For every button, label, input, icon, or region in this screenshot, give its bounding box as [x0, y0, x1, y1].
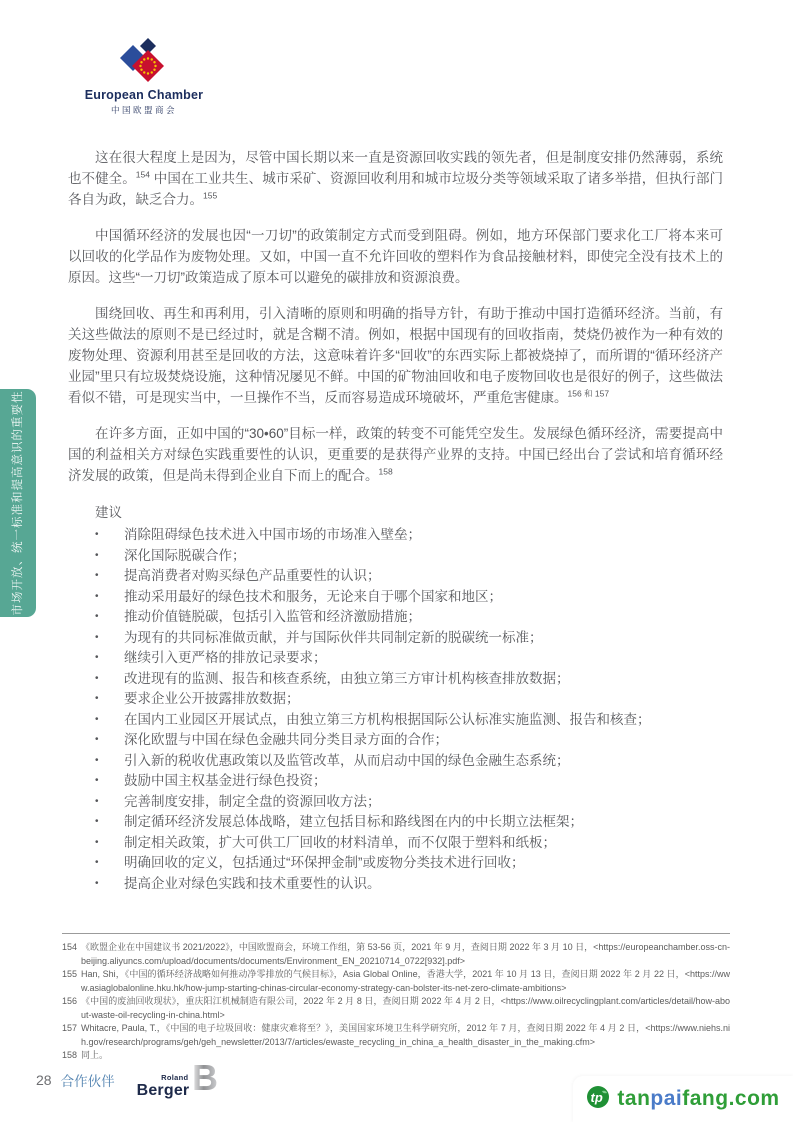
- logo-subtitle: 中国欧盟商会: [84, 104, 204, 116]
- recommendations-section: 建议 •消除阻碍绿色技术进入中国市场的市场准入壁垒；•深化国际脱碳合作；•提高消…: [95, 501, 723, 894]
- recommendations-heading: 建议: [95, 501, 723, 521]
- recommendation-text: 完善制度安排，制定全盘的资源回收方法；: [124, 792, 381, 813]
- paragraph: 中国循环经济的发展也因“一刀切”的政策制定方式而受到阻碍。例如，地方环保部门要求…: [68, 225, 723, 288]
- bullet-icon: •: [95, 874, 124, 895]
- recommendation-text: 引入新的税收优惠政策以及监管改革，从而启动中国的绿色金融生态系统；: [124, 751, 570, 772]
- bullet-icon: •: [95, 525, 124, 546]
- recommendation-item: •明确回收的定义，包括通过“环保押金制”或废物分类技术进行回收；: [95, 853, 723, 874]
- bullet-icon: •: [95, 648, 124, 669]
- footnote-ref: 158: [379, 467, 393, 477]
- recommendation-item: •制定循环经济发展总体战略，建立包括目标和路线图在内的中长期立法框架；: [95, 812, 723, 833]
- recommendation-item: •要求企业公开披露排放数据；: [95, 689, 723, 710]
- recommendation-text: 深化国际脱碳合作；: [124, 546, 246, 567]
- tanpaifang-icon: tp: [586, 1085, 610, 1114]
- footnote-text: 《中国的废油回收现状》，重庆阳江机械制造有限公司，2022 年 2 月 8 日，…: [81, 995, 730, 1022]
- page-number: 28: [36, 1072, 52, 1088]
- footnote-divider: [62, 933, 730, 934]
- recommendation-text: 推动采用最好的绿色技术和服务，无论来自于哪个国家和地区；: [124, 587, 502, 608]
- recommendation-item: •为现有的共同标准做贡献，并与国际伙伴共同制定新的脱碳统一标准；: [95, 628, 723, 649]
- bullet-icon: •: [95, 792, 124, 813]
- tanpaifang-text-part: pai: [650, 1087, 682, 1110]
- bullet-icon: •: [95, 853, 124, 874]
- footnote-number: 155: [62, 968, 81, 995]
- bullet-icon: •: [95, 812, 124, 833]
- european-chamber-logo: European Chamber 中国欧盟商会: [84, 36, 204, 116]
- svg-text:B: B: [193, 1062, 218, 1094]
- paragraph: 围绕回收、再生和再利用，引入清晰的原则和明确的指导方针，有助于推动中国打造循环经…: [68, 303, 723, 408]
- recommendation-item: •推动价值链脱碳，包括引入监管和经济激励措施；: [95, 607, 723, 628]
- recommendation-item: •鼓励中国主权基金进行绿色投资；: [95, 771, 723, 792]
- bullet-icon: •: [95, 730, 124, 751]
- recommendation-text: 为现有的共同标准做贡献，并与国际伙伴共同制定新的脱碳统一标准；: [124, 628, 543, 649]
- tanpaifang-text-part: fang.com: [682, 1087, 779, 1110]
- paragraph: 这在很大程度上是因为，尽管中国长期以来一直是资源回收实践的领先者，但是制度安排仍…: [68, 147, 723, 210]
- recommendation-item: •引入新的税收优惠政策以及监管改革，从而启动中国的绿色金融生态系统；: [95, 751, 723, 772]
- bullet-icon: •: [95, 669, 124, 690]
- recommendation-item: •在国内工业园区开展试点，由独立第三方机构根据国际公认标准实施监测、报告和核查；: [95, 710, 723, 731]
- bullet-icon: •: [95, 566, 124, 587]
- bullet-icon: •: [95, 628, 124, 649]
- footnote: 154《欧盟企业在中国建议书 2021/2022》，中国欧盟商会，环境工作组，第…: [62, 941, 730, 968]
- section-label: 合作伙伴: [61, 1070, 115, 1090]
- footnote-ref: 155: [203, 191, 217, 201]
- svg-text:tp: tp: [591, 1090, 603, 1105]
- bullet-icon: •: [95, 546, 124, 567]
- european-chamber-logo-icon: [84, 36, 204, 86]
- footnote: 155Han, Shi，《中国的循环经济战略如何推动净零排放的气候目标》，Asi…: [62, 968, 730, 995]
- recommendation-text: 推动价值链脱碳，包括引入监管和经济激励措施；: [124, 607, 421, 628]
- recommendation-text: 改进现有的监测、报告和核查系统，由独立第三方审计机构核查排放数据；: [124, 669, 570, 690]
- footnote-text: Han, Shi，《中国的循环经济战略如何推动净零排放的气候目标》，Asia G…: [81, 968, 730, 995]
- paragraph: 在许多方面，正如中国的“30•60”目标一样，政策的转变不可能凭空发生。发展绿色…: [68, 423, 723, 486]
- roland-berger-b-icon: B: [193, 1062, 219, 1099]
- recommendation-text: 在国内工业园区开展试点，由独立第三方机构根据国际公认标准实施监测、报告和核查；: [124, 710, 651, 731]
- bullet-icon: •: [95, 607, 124, 628]
- bullet-icon: •: [95, 771, 124, 792]
- recommendation-item: •推动采用最好的绿色技术和服务，无论来自于哪个国家和地区；: [95, 587, 723, 608]
- page-footer: 28 合作伙伴 Roland Berger B: [36, 1062, 219, 1098]
- tanpaifang-text-part: tan: [617, 1087, 650, 1110]
- footnote-text: 同上。: [81, 1049, 730, 1063]
- recommendation-item: •制定相关政策，扩大可供工厂回收的材料清单，而不仅限于塑料和纸板；: [95, 833, 723, 854]
- recommendation-text: 消除阻碍绿色技术进入中国市场的市场准入壁垒；: [124, 525, 421, 546]
- chapter-side-tab: 市场开放、统一标准和提高意识的重要性: [0, 389, 36, 617]
- recommendation-text: 提高企业对绿色实践和技术重要性的认识。: [124, 874, 381, 895]
- recommendation-text: 制定循环经济发展总体战略，建立包括目标和路线图在内的中长期立法框架；: [124, 812, 583, 833]
- footnotes-section: 154《欧盟企业在中国建议书 2021/2022》，中国欧盟商会，环境工作组，第…: [62, 933, 730, 1063]
- roland-berger-logo: Roland Berger B: [137, 1062, 220, 1099]
- footnote: 156《中国的废油回收现状》，重庆阳江机械制造有限公司，2022 年 2 月 8…: [62, 995, 730, 1022]
- main-content: 这在很大程度上是因为，尽管中国长期以来一直是资源回收实践的领先者，但是制度安排仍…: [68, 147, 723, 894]
- recommendation-text: 深化欧盟与中国在绿色金融共同分类目录方面的合作；: [124, 730, 448, 751]
- footnote-number: 154: [62, 941, 81, 968]
- recommendation-item: •完善制度安排，制定全盘的资源回收方法；: [95, 792, 723, 813]
- roland-berger-top-text: Roland: [137, 1074, 189, 1082]
- roland-berger-bottom-text: Berger: [137, 1083, 190, 1099]
- recommendation-item: •改进现有的监测、报告和核查系统，由独立第三方审计机构核查排放数据；: [95, 669, 723, 690]
- footnote: 158同上。: [62, 1049, 730, 1063]
- footnote-text: 《欧盟企业在中国建议书 2021/2022》，中国欧盟商会，环境工作组，第 53…: [81, 941, 730, 968]
- tanpaifang-watermark: tp tanpaifang.com: [573, 1076, 793, 1122]
- footnote-number: 158: [62, 1049, 81, 1063]
- document-page: European Chamber 中国欧盟商会 市场开放、统一标准和提高意识的重…: [0, 0, 793, 1122]
- recommendation-item: •深化欧盟与中国在绿色金融共同分类目录方面的合作；: [95, 730, 723, 751]
- footnote-ref: 156 和 157: [568, 389, 610, 399]
- chapter-side-tab-label: 市场开放、统一标准和提高意识的重要性: [0, 389, 36, 617]
- footnotes-list: 154《欧盟企业在中国建议书 2021/2022》，中国欧盟商会，环境工作组，第…: [62, 941, 730, 1063]
- recommendation-item: •提高消费者对购买绿色产品重要性的认识；: [95, 566, 723, 587]
- recommendation-text: 明确回收的定义，包括通过“环保押金制”或废物分类技术进行回收；: [124, 853, 525, 874]
- recommendation-text: 鼓励中国主权基金进行绿色投资；: [124, 771, 327, 792]
- bullet-icon: •: [95, 689, 124, 710]
- tanpaifang-text: tanpaifang.com: [617, 1087, 779, 1111]
- recommendation-text: 制定相关政策，扩大可供工厂回收的材料清单，而不仅限于塑料和纸板；: [124, 833, 556, 854]
- recommendation-text: 要求企业公开披露排放数据；: [124, 689, 300, 710]
- bullet-icon: •: [95, 710, 124, 731]
- bullet-icon: •: [95, 587, 124, 608]
- recommendation-item: •深化国际脱碳合作；: [95, 546, 723, 567]
- body-paragraphs: 这在很大程度上是因为，尽管中国长期以来一直是资源回收实践的领先者，但是制度安排仍…: [68, 147, 723, 486]
- footnote: 157Whitacre, Paula, T.，《中国的电子垃圾回收：健康灾难将至…: [62, 1022, 730, 1049]
- bullet-icon: •: [95, 751, 124, 772]
- recommendation-text: 继续引入更严格的排放记录要求；: [124, 648, 327, 669]
- footnote-text: Whitacre, Paula, T.，《中国的电子垃圾回收：健康灾难将至？》，…: [81, 1022, 730, 1049]
- logo-title: European Chamber: [84, 88, 204, 102]
- bullet-icon: •: [95, 833, 124, 854]
- recommendations-list: •消除阻碍绿色技术进入中国市场的市场准入壁垒；•深化国际脱碳合作；•提高消费者对…: [95, 525, 723, 894]
- recommendation-item: •继续引入更严格的排放记录要求；: [95, 648, 723, 669]
- recommendation-text: 提高消费者对购买绿色产品重要性的认识；: [124, 566, 381, 587]
- recommendation-item: •消除阻碍绿色技术进入中国市场的市场准入壁垒；: [95, 525, 723, 546]
- footnote-number: 156: [62, 995, 81, 1022]
- footnote-number: 157: [62, 1022, 81, 1049]
- recommendation-item: •提高企业对绿色实践和技术重要性的认识。: [95, 874, 723, 895]
- footnote-ref: 154: [136, 170, 150, 180]
